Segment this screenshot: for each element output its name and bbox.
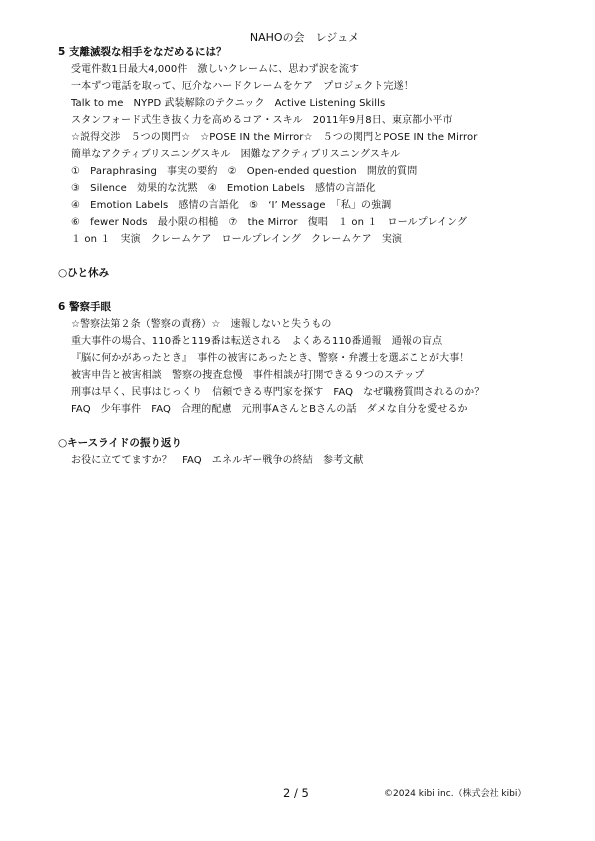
- break-title: ○ひと休み: [58, 266, 109, 280]
- review-title: ○キースライドの振り返り: [58, 436, 182, 450]
- section-5-line: スタンフォード式生き抜く力を高めるコア・スキル 2011年9月8日、東京都小平市: [71, 114, 453, 128]
- section-6-line: 被害申告と被害相談 警察の捜査怠慢 事件相談が打開できる９つのステップ: [71, 369, 424, 383]
- section-6-title: 6 警察手眼: [58, 300, 111, 314]
- section-5-line: ① Paraphrasing 事実の要約 ② Open-ended questi…: [71, 165, 417, 179]
- section-6-line: ☆警察法第２条（警察の責務）☆ 速報しないと失うもの: [71, 318, 332, 332]
- section-5-line: 簡単なアクティブリスニングスキル 困難なアクティブリスニングスキル: [71, 148, 400, 162]
- page-number: 2 / 5: [283, 786, 309, 800]
- section-5-line: ⑥ fewer Nods 最小限の相槌 ⑦ the Mirror 復唱 １ on…: [71, 216, 467, 230]
- section-6-line: 『脳に何かがあったとき』 事件の被害にあったとき、警察・弁護士を選ぶことが大事！: [71, 352, 469, 366]
- section-5-line: 受電件数1日最大4,000件 激しいクレームに、思わず涙を流す: [71, 63, 359, 77]
- section-6-line: 刑事は早く、民事はじっくり 信頼できる専門家を探す FAQ なぜ職務質問されるの…: [71, 386, 484, 400]
- section-5-line: ④ Emotion Labels 感情の言語化 ⑤ ‘I’ Message 「私…: [71, 199, 391, 213]
- section-5-line: ☆説得交渉 ５つの関門☆ ☆POSE IN the Mirror☆ ５つの関門と…: [71, 131, 477, 145]
- section-6-line: 重大事件の場合、110番と119番は転送される よくある110番通報 通報の盲点: [71, 335, 442, 349]
- section-5-line: １ on １ 実演 クレームケア ロールプレイング クレームケア 実演: [71, 233, 402, 247]
- review-line: お役に立ててますか？ FAQ エネルギー戦争の終結 参考文献: [71, 454, 363, 468]
- copyright-notice: ©2024 kibi inc.（株式会社 kibi）: [384, 788, 526, 800]
- document-header: NAHOの会 レジュメ: [0, 31, 595, 45]
- section-5-line: ③ Silence 効果的な沈黙 ④ Emotion Labels 感情の言語化: [71, 182, 376, 196]
- section-5-line: Talk to me NYPD 武装解除のテクニック Active Listen…: [71, 97, 385, 111]
- section-5-line: 一本ずつ電話を取って、厄介なハードクレームをケア プロジェクト完遂！: [71, 80, 414, 94]
- section-5-title: 5 支離滅裂な相手をなだめるには？: [58, 45, 226, 59]
- section-6-line: FAQ 少年事件 FAQ 合理的配慮 元刑事AさんとBさんの話 ダメな自分を愛せ…: [71, 403, 468, 417]
